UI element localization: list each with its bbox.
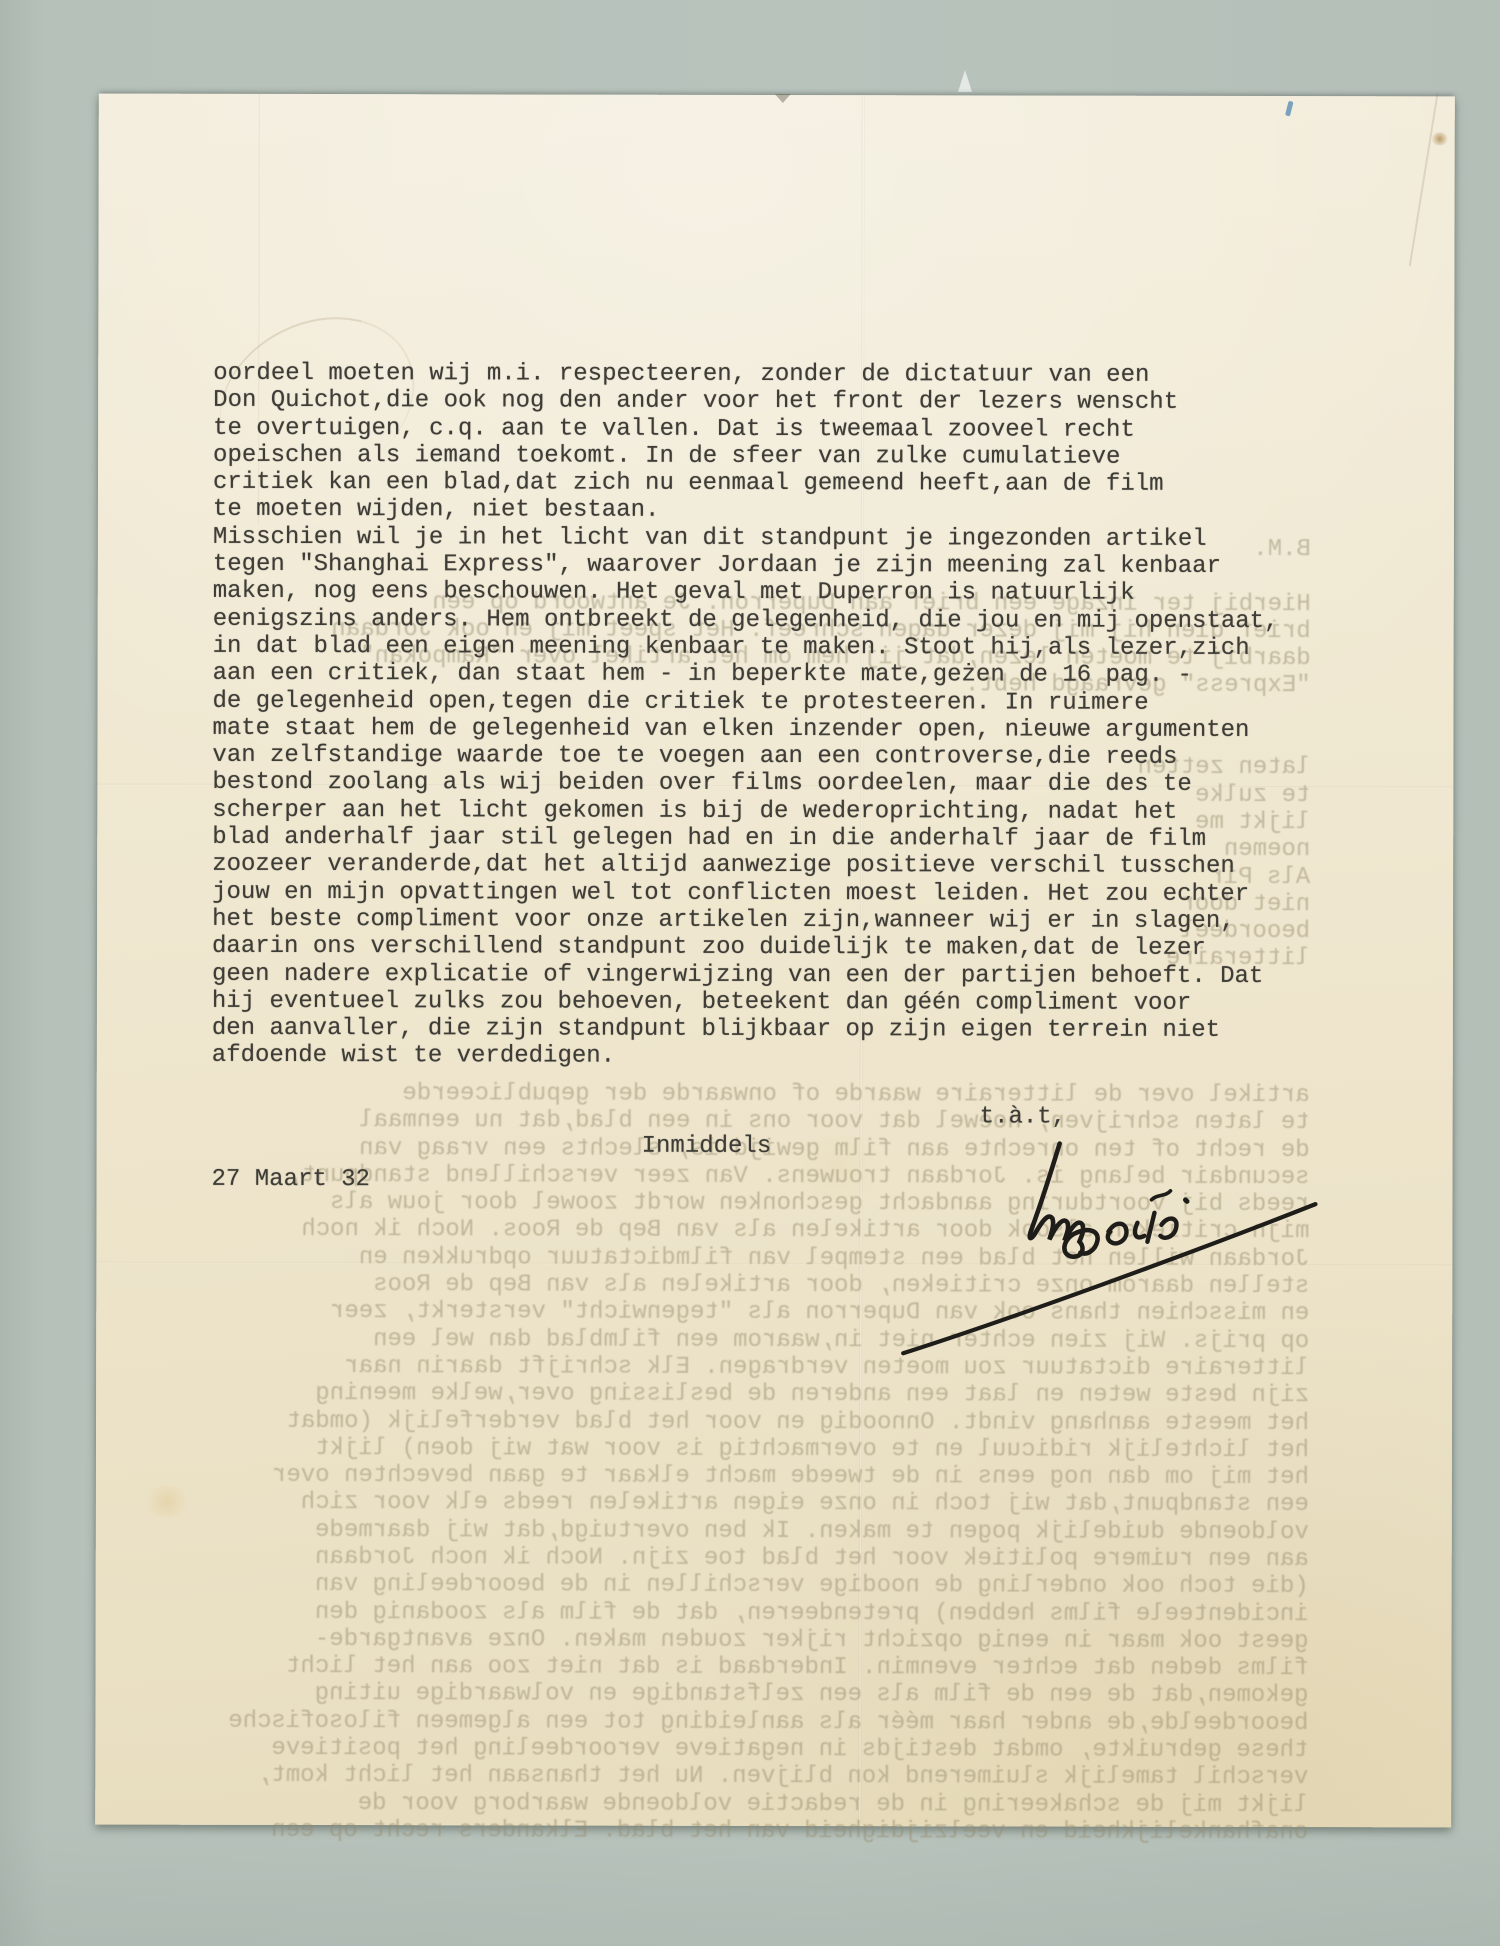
typed-line: blad anderhalf jaar stil gelegen had en … — [212, 824, 1392, 854]
typed-line: Misschien wil je in het licht van dit st… — [213, 524, 1393, 554]
typed-line: jouw en mijn opvattingen wel tot conflic… — [212, 878, 1392, 908]
typed-line: in dat blad een eigen meening kenbaar te… — [213, 633, 1393, 663]
corner-crease — [1409, 93, 1439, 266]
bleedthrough-line: these gebruikte, omdat destijds in negat… — [188, 1735, 1308, 1765]
bleedthrough-line: geest ook maar in eenig opzicht rijker z… — [189, 1626, 1309, 1656]
corner-stain — [1431, 132, 1449, 145]
scan-background: B.M. Hierbij ter inzage een brief aan Du… — [0, 0, 1500, 1946]
typed-line: bestond zoolang als wij beiden over film… — [212, 769, 1392, 799]
typed-line: tegen "Shanghai Express", waarover Jorda… — [213, 551, 1393, 581]
bleedthrough-line: beoordeelde,de ander haar méér als aanle… — [188, 1708, 1308, 1738]
typed-line: geen nadere explicatie of vingerwijzing … — [212, 960, 1392, 990]
typed-line: maken, nog eens beschouwen. Het geval me… — [213, 578, 1393, 608]
bleedthrough-line: het meeste aanhang vindt. Onnoodig en vo… — [189, 1407, 1309, 1437]
typed-line: aan een critiek, dan staat hem - in bepe… — [213, 660, 1393, 690]
typed-line: opeischen als iemand toekomt. In de sfee… — [213, 442, 1393, 472]
bleedthrough-line: verschil tamelijk sluimerend kon blijven… — [188, 1762, 1308, 1792]
typed-line: Don Quichot,die ook nog den ander voor h… — [213, 387, 1393, 417]
typed-line: te moeten wijden, niet bestaan. — [213, 496, 1393, 526]
typed-line: zoozeer veranderde,dat het altijd aanwez… — [212, 851, 1392, 881]
typed-line: het beste compliment voor onze artikelen… — [212, 906, 1392, 936]
typed-line: hij eventueel zulks zou behoeven, beteek… — [212, 988, 1392, 1018]
bleedthrough-line: onafhankelijkheid en veelzijdigheid van … — [188, 1817, 1308, 1847]
signature-flourish — [889, 1127, 1350, 1378]
bleedthrough-line: artikel over de litteraire waarde of onw… — [190, 1080, 1310, 1110]
typed-line: oordeel moeten wij m.i. respecteeren, zo… — [213, 360, 1393, 390]
bleedthrough-line: gekomen,dat de een de film als een zelfs… — [188, 1680, 1308, 1710]
bleedthrough-line: een standpunt,dat wij toch in onze eigen… — [189, 1489, 1309, 1519]
closing-word: Inmiddels — [642, 1133, 772, 1160]
typed-line: de gelegenheid open,tegen die critiek te… — [213, 687, 1393, 717]
bleedthrough-line: lijkt mij de schakeering in de redactie … — [188, 1789, 1308, 1819]
blue-ink-speck — [1285, 101, 1294, 117]
left-stain — [142, 1486, 192, 1518]
letter-page: B.M. Hierbij ter inzage een brief aan Du… — [95, 94, 1455, 1828]
bleedthrough-line: voldoende duidelijk pogen te maken. Ik b… — [189, 1516, 1309, 1546]
typed-line: daarin ons verschillend standpunt zoo du… — [212, 933, 1392, 963]
typed-line: eenigszins anders. Hem ontbreekt de gele… — [213, 605, 1393, 635]
scanner-notch — [958, 70, 972, 92]
typed-line: te overtuigen, c.q. aan te vallen. Dat i… — [213, 414, 1393, 444]
typed-line: critiek kan een blad,dat zich nu eenmaal… — [213, 469, 1393, 499]
bleedthrough-line: incidenteele films hebben) pretendeeren,… — [189, 1598, 1309, 1628]
bleedthrough-line: het mij om dan nog eens in de tweede mac… — [189, 1462, 1309, 1492]
typed-line: van zelfstandige waarde toe te voegen aa… — [212, 742, 1392, 772]
bleedthrough-line: films deden dat echter evenmin. Inderdaa… — [188, 1653, 1308, 1683]
typed-line: scherper aan het licht gekomen is bij de… — [212, 797, 1392, 827]
bleedthrough-line: aan een ruimere politiek voor het blad t… — [189, 1544, 1309, 1574]
bleedthrough-line: zijn beste weten en laat een anderen de … — [189, 1380, 1309, 1410]
letter-body: oordeel moeten wij m.i. respecteeren, zo… — [212, 360, 1393, 1072]
typed-line: mate staat hem de gelegenheid van elken … — [212, 715, 1392, 745]
top-edge-dent — [775, 94, 791, 103]
bleedthrough-line: (die toch ook onderling de noodige versc… — [189, 1571, 1309, 1601]
bleedthrough-line: het lichtelijk ridicuul en te overmachti… — [189, 1435, 1309, 1465]
typed-line: den aanvaller, die zijn standpunt blijkb… — [212, 1015, 1392, 1045]
typed-line: afdoende wist te verdedigen. — [212, 1042, 1392, 1072]
date-line: 27 Maart 32 — [212, 1166, 370, 1193]
